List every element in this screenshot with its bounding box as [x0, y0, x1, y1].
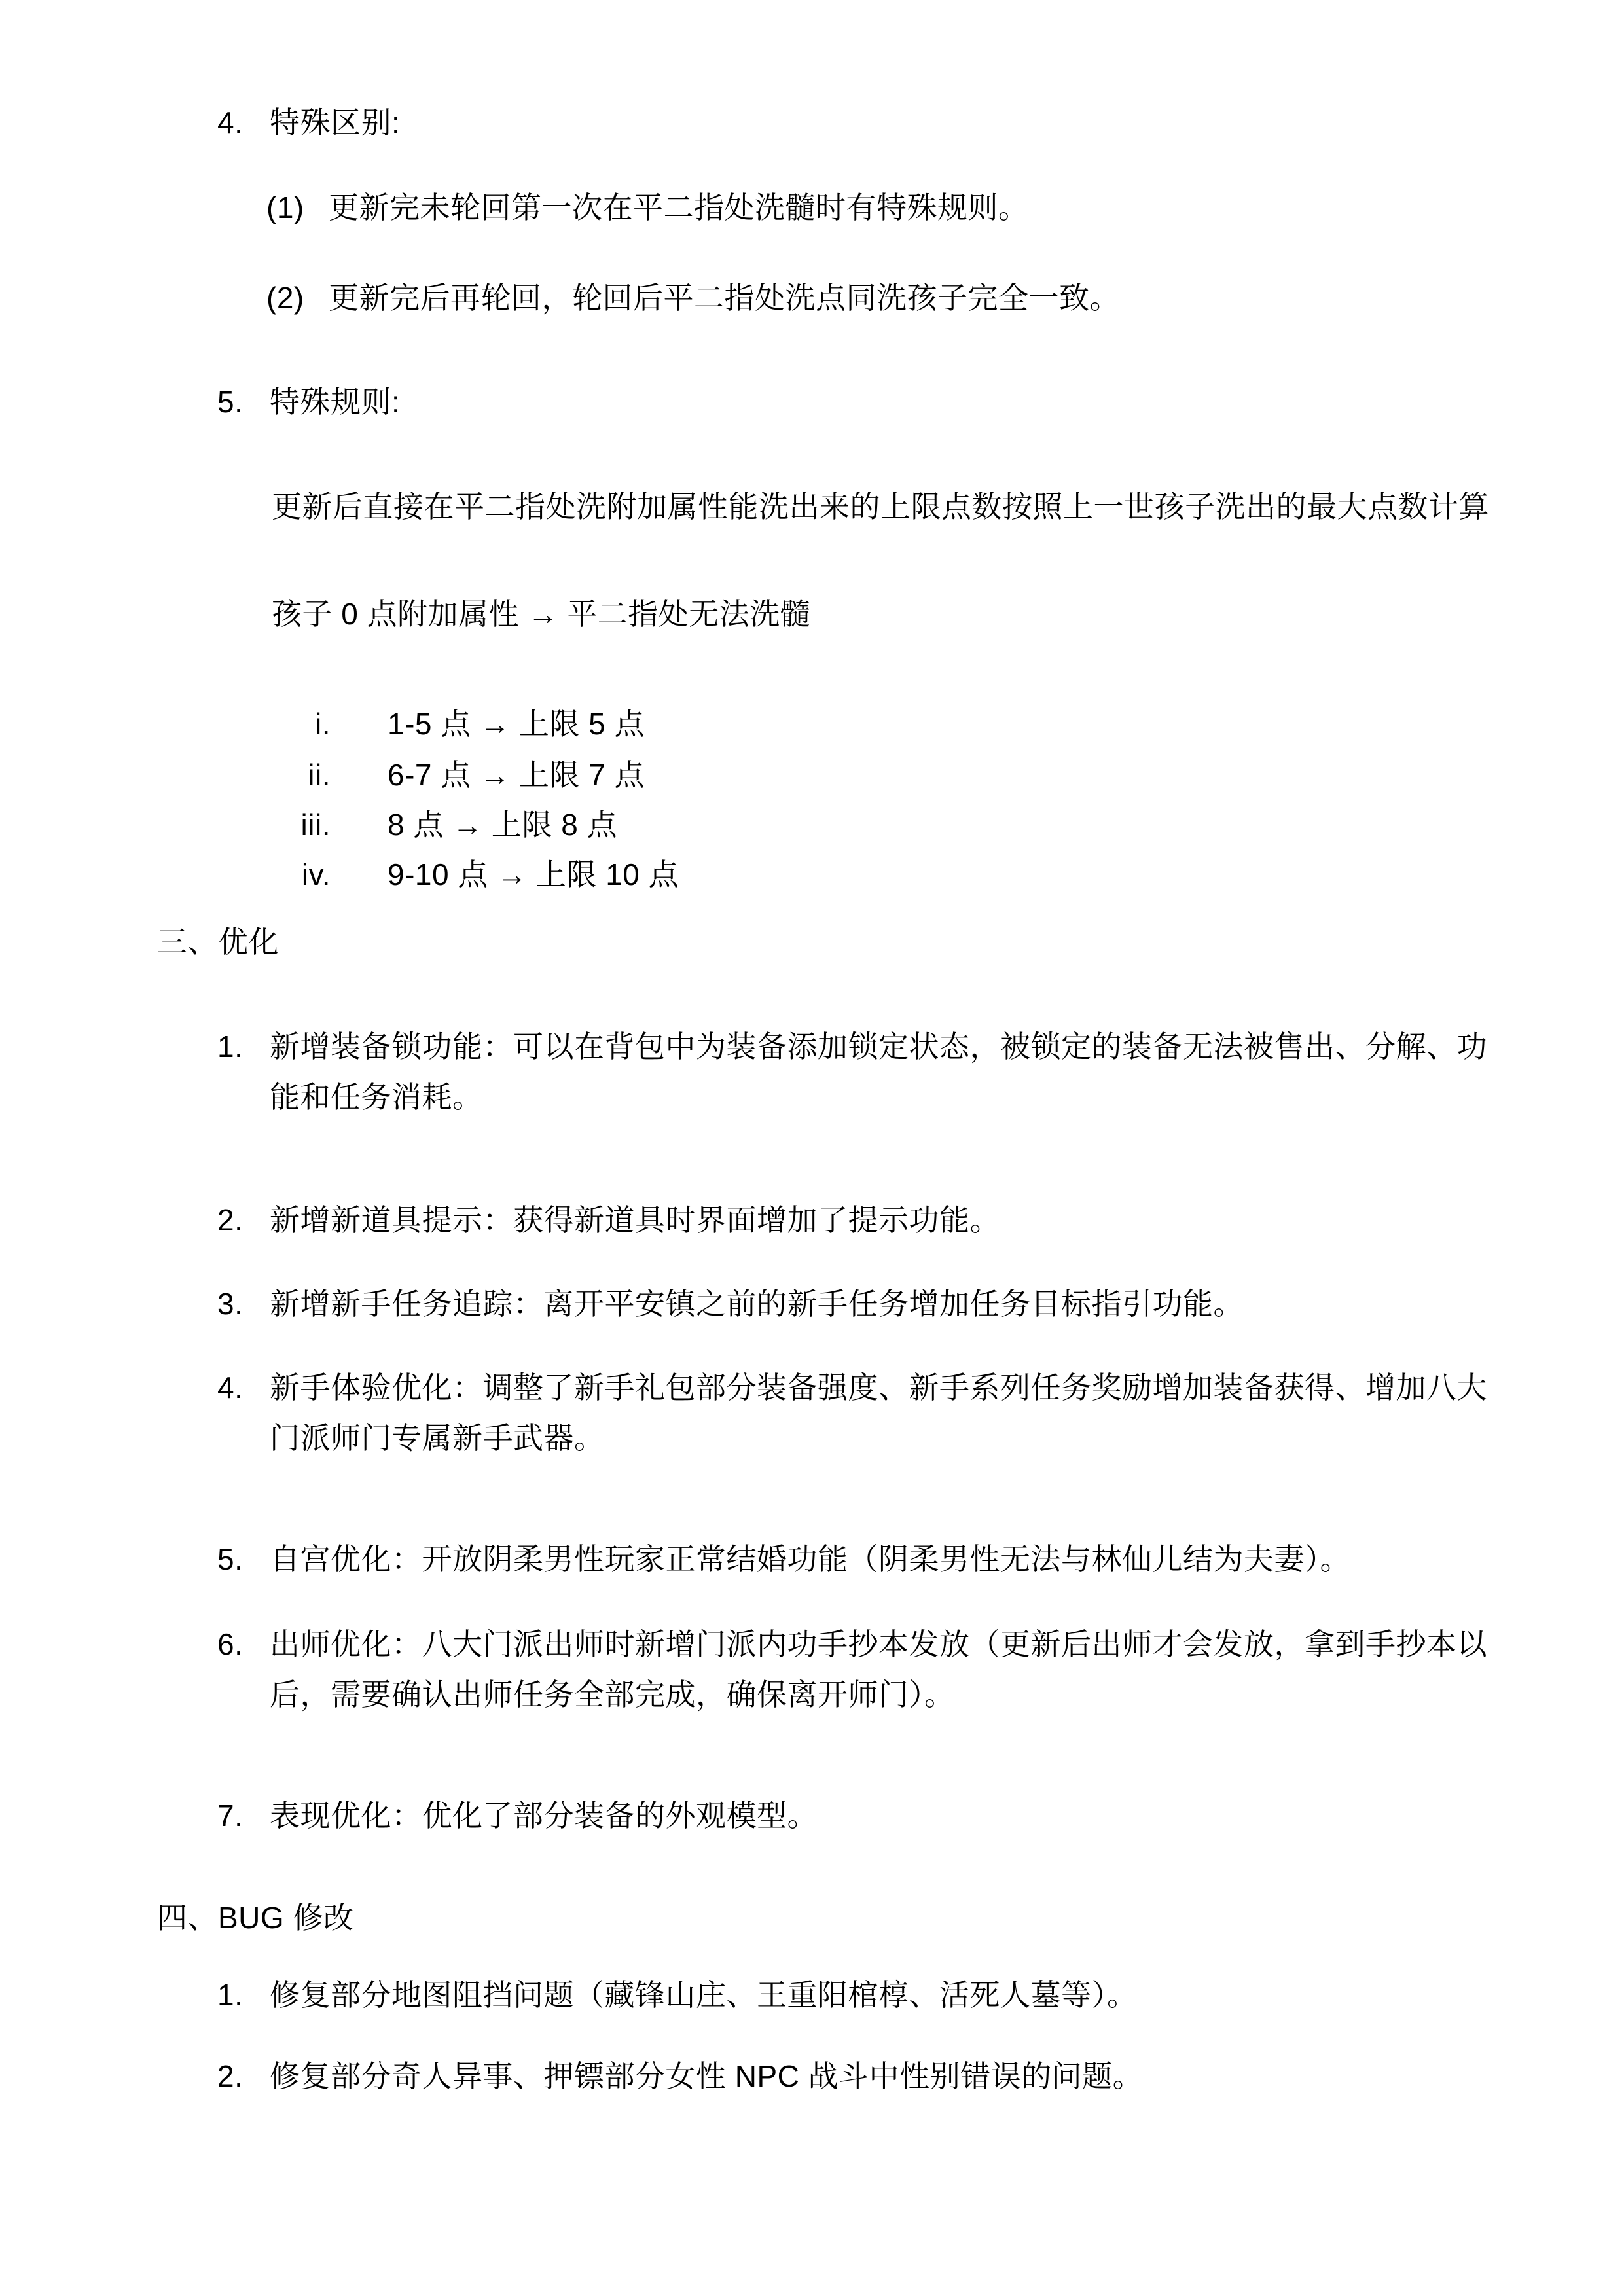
- opt-item-text: 新手体验优化：调整了新手礼包部分装备强度、新手系列任务奖励增加装备获得、增加八大…: [270, 1363, 1517, 1463]
- bug-item-text: 修复部分奇人异事、押镖部分女性 NPC 战斗中性别错误的问题。: [270, 2051, 1517, 2102]
- item5-marker: 5.: [217, 377, 243, 427]
- item4-sub2-text: 更新完后再轮回，轮回后平二指处洗点同洗孩子完全一致。: [329, 273, 1120, 323]
- rule-paragraph-1: 更新后直接在平二指处洗附加属性能洗出来的上限点数按照上一世孩子洗出的最大点数计算: [272, 482, 1489, 532]
- opt-item-marker: 3.: [217, 1279, 243, 1329]
- opt-item-marker: 6.: [217, 1619, 243, 1670]
- roman-item-text: 9-10 点 → 上限 10 点: [388, 850, 679, 900]
- opt-item-text: 新增新道具提示：获得新道具时界面增加了提示功能。: [270, 1195, 1517, 1246]
- item4-sub1-marker: (1): [266, 183, 304, 233]
- item4-marker: 4.: [217, 98, 243, 148]
- section3-heading: 三、优化: [157, 917, 279, 967]
- opt-item-text: 新增装备锁功能：可以在背包中为装备添加锁定状态，被锁定的装备无法被售出、分解、功…: [270, 1022, 1517, 1122]
- opt-item-marker: 7.: [217, 1791, 243, 1841]
- opt-item-text: 出师优化：八大门派出师时新增门派内功手抄本发放（更新后出师才会发放，拿到手抄本以…: [270, 1619, 1517, 1720]
- bug-item-marker: 1.: [217, 1970, 243, 2020]
- rule-paragraph-2: 孩子 0 点附加属性 → 平二指处无法洗髓: [272, 589, 810, 639]
- item4-sub2-marker: (2): [266, 273, 304, 323]
- bug-item-text: 修复部分地图阻挡问题（藏锋山庄、王重阳棺椁、活死人墓等）。: [270, 1970, 1517, 2020]
- opt-item-marker: 2.: [217, 1195, 243, 1246]
- opt-item-marker: 4.: [217, 1363, 243, 1413]
- section4-heading: 四、BUG 修改: [157, 1893, 353, 1943]
- roman-item-marker: i.: [232, 699, 331, 749]
- opt-item-marker: 1.: [217, 1022, 243, 1072]
- item5-text: 特殊规则:: [270, 377, 400, 427]
- bug-item-marker: 2.: [217, 2051, 243, 2102]
- roman-item-text: 6-7 点 → 上限 7 点: [388, 750, 645, 800]
- opt-item-text: 新增新手任务追踪：离开平安镇之前的新手任务增加任务目标指引功能。: [270, 1279, 1517, 1329]
- roman-item-marker: iii.: [232, 800, 331, 850]
- roman-item-marker: iv.: [232, 850, 331, 900]
- opt-item-text: 自宫优化：开放阴柔男性玩家正常结婚功能（阴柔男性无法与林仙儿结为夫妻）。: [270, 1534, 1517, 1585]
- roman-item-text: 8 点 → 上限 8 点: [388, 800, 617, 850]
- item4-text: 特殊区别:: [270, 98, 400, 148]
- roman-item-marker: ii.: [232, 750, 331, 800]
- roman-item-text: 1-5 点 → 上限 5 点: [388, 699, 645, 749]
- document-page: 4. 特殊区别: (1) 更新完未轮回第一次在平二指处洗髓时有特殊规则。 (2)…: [0, 0, 1624, 2296]
- item4-sub1-text: 更新完未轮回第一次在平二指处洗髓时有特殊规则。: [329, 183, 1029, 233]
- opt-item-text: 表现优化：优化了部分装备的外观模型。: [270, 1791, 1517, 1841]
- opt-item-marker: 5.: [217, 1534, 243, 1585]
